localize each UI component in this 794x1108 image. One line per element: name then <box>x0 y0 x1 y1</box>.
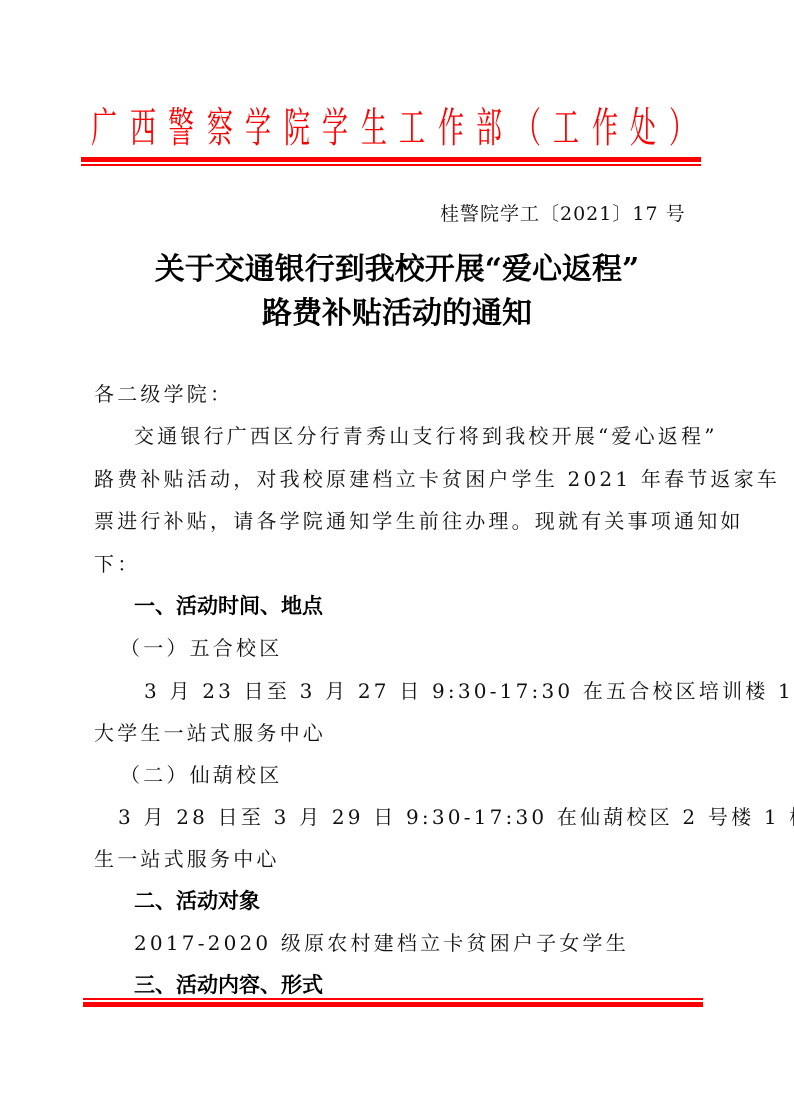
section-heading-3: 三、活动内容、形式 <box>134 969 323 999</box>
intro-line: 下： <box>94 548 140 577</box>
document-page: 广 西 警 察 学 院 学 生 工 作 部 （ 工 作 处 ） 桂警院学工〔20… <box>0 0 794 1108</box>
letterhead-char: 察 <box>207 95 233 154</box>
letterhead-char: 作 <box>438 95 464 154</box>
letterhead-char: （ <box>515 95 541 154</box>
header-rule-thick <box>81 157 701 162</box>
letterhead-char: 处 <box>630 95 656 154</box>
letterhead-char: 工 <box>399 95 425 154</box>
letterhead-char: 院 <box>284 95 310 154</box>
subsection-heading: （二）仙葫校区 <box>120 759 282 788</box>
schedule-line: 生一站式服务中心 <box>94 843 280 872</box>
schedule-line: 3 月 23 日至 3 月 27 日 9:30-17:30 在五合校区培训楼 1… <box>144 675 794 704</box>
letterhead-char: 生 <box>361 95 387 154</box>
letterhead-char: 学 <box>245 95 271 154</box>
subsection-heading: （一）五合校区 <box>120 632 282 661</box>
schedule-line: 3 月 28 日至 3 月 29 日 9:30-17:30 在仙葫校区 2 号楼… <box>118 801 794 830</box>
letterhead-char: 警 <box>168 95 194 154</box>
intro-line: 路费补贴活动，对我校原建档立卡贫困户学生 2021 年春节返家车 <box>94 463 780 492</box>
letterhead-char: 部 <box>476 95 502 154</box>
footer-rule-thin <box>83 998 703 1000</box>
section-heading-1: 一、活动时间、地点 <box>134 590 323 620</box>
section-heading-2: 二、活动对象 <box>134 885 260 915</box>
letterhead-char: 西 <box>130 95 156 154</box>
footer-rule-thick <box>83 1002 703 1007</box>
document-number: 桂警院学工〔2021〕17 号 <box>440 199 700 226</box>
target-text: 2017-2020 级原农村建档立卡贫困户子女学生 <box>134 927 629 956</box>
intro-line: 票进行补贴，请各学院通知学生前往办理。现就有关事项通知如 <box>94 505 744 534</box>
letterhead-char: 作 <box>592 95 618 154</box>
letterhead-char: 学 <box>322 95 348 154</box>
letterhead-char: 广 <box>91 95 117 154</box>
salutation: 各二级学院： <box>94 378 233 407</box>
letterhead-char: 工 <box>553 95 579 154</box>
header-rule-thin <box>81 164 701 166</box>
notice-title-line1: 关于交通银行到我校开展“爱心返程” <box>0 244 794 288</box>
notice-title-line2: 路费补贴活动的通知 <box>0 288 794 332</box>
schedule-line: 大学生一站式服务中心 <box>94 717 326 746</box>
intro-line: 交通银行广西区分行青秀山支行将到我校开展“爱心返程” <box>134 420 718 449</box>
letterhead-char: ） <box>669 95 695 154</box>
letterhead-title: 广 西 警 察 学 院 学 生 工 作 部 （ 工 作 处 ） <box>86 96 700 154</box>
